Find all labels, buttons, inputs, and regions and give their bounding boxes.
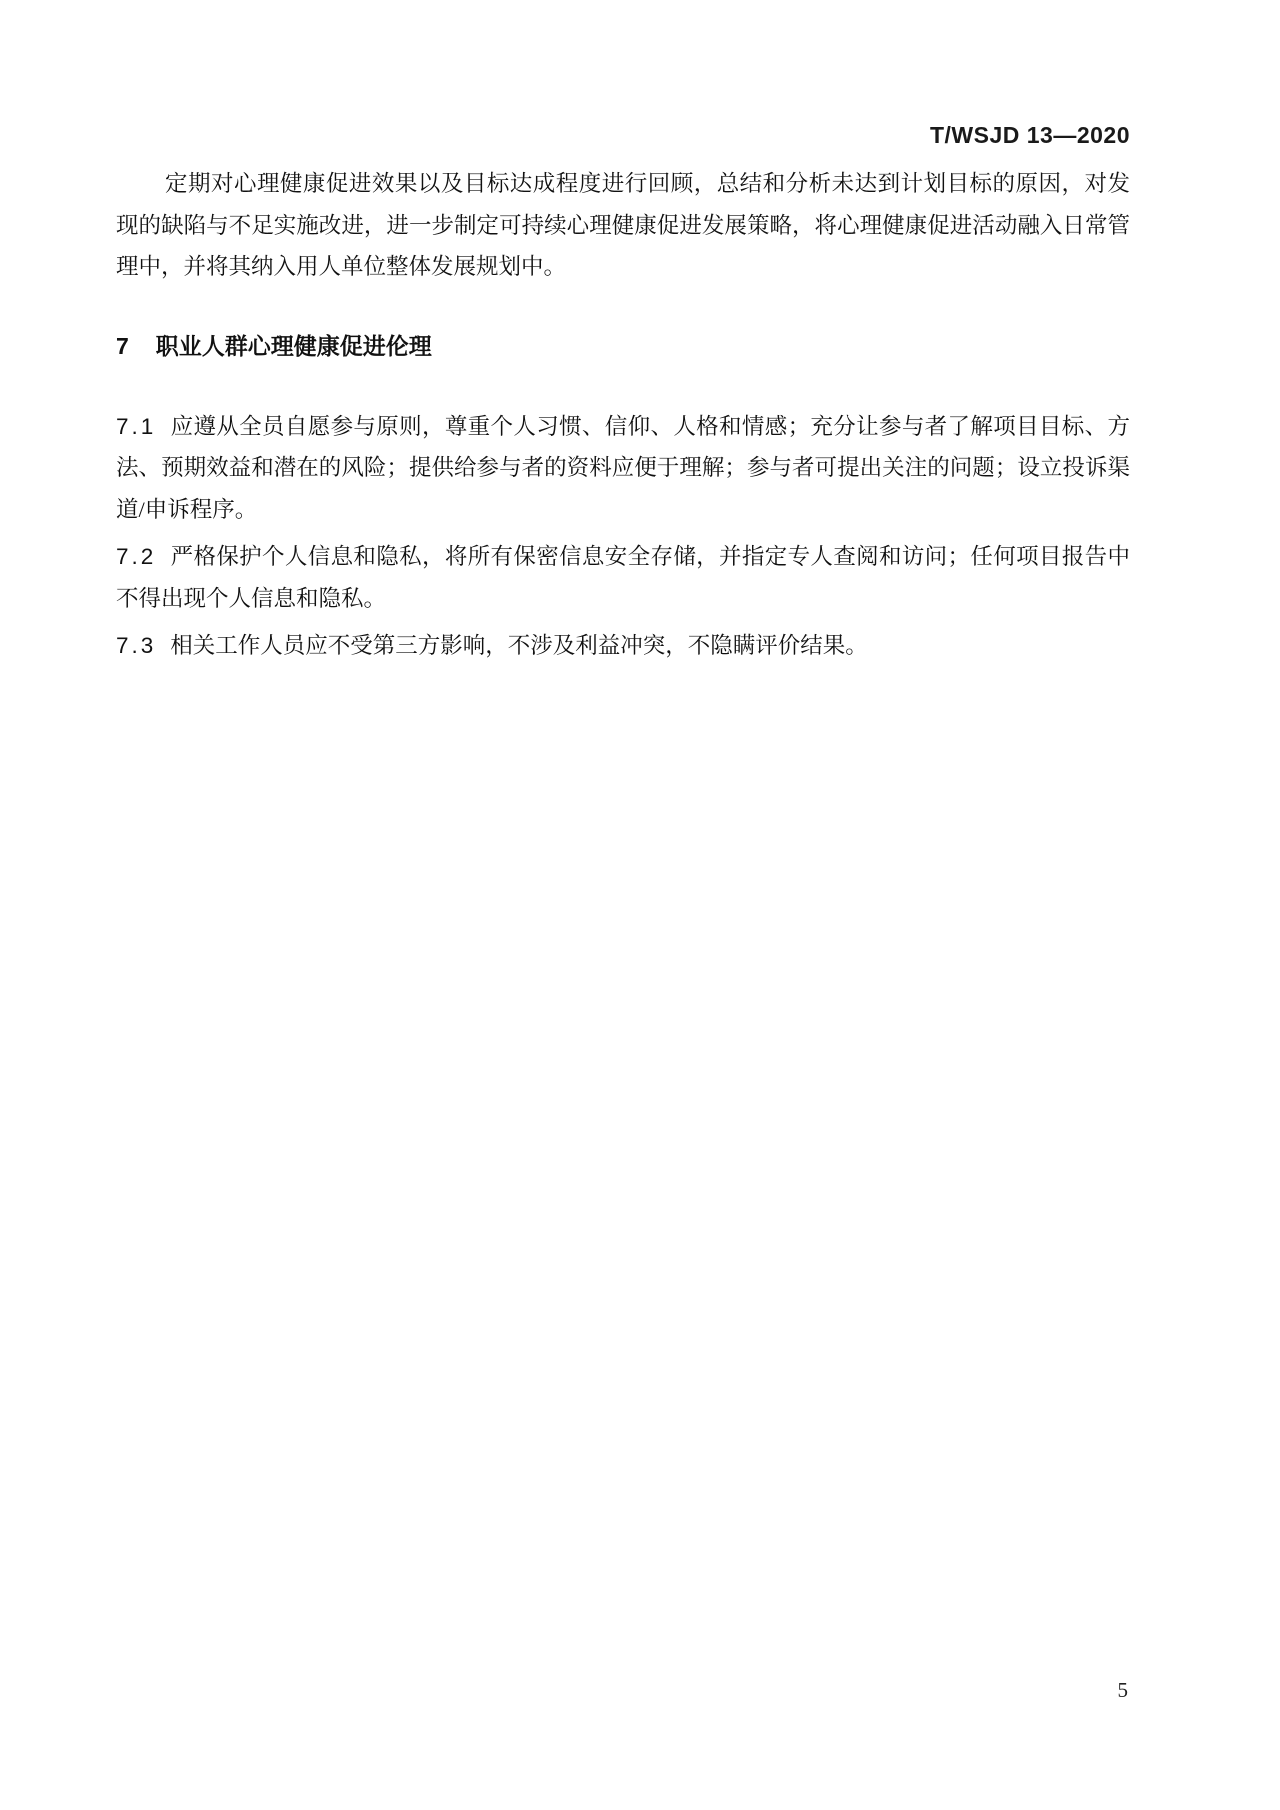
standard-code-header: T/WSJD 13—2020 [0,0,1130,149]
clause-7-1: 7.1应遵从全员自愿参与原则，尊重个人习惯、信仰、人格和情感；充分让参与者了解项… [116,406,1130,531]
clause-7-2: 7.2严格保护个人信息和隐私，将所有保密信息安全存储，并指定专人查阅和访问；任何… [116,536,1130,619]
clause-7-3: 7.3相关工作人员应不受第三方影响，不涉及利益冲突，不隐瞒评价结果。 [116,625,1130,667]
clause-number: 7.1 [116,414,156,439]
document-body: 定期对心理健康促进效果以及目标达成程度进行回顾，总结和分析未达到计划目标的原因，… [116,163,1130,667]
page-number: 5 [1118,1678,1129,1702]
section-number: 7 [116,333,130,359]
clause-number: 7.2 [116,544,156,569]
section-title: 职业人群心理健康促进伦理 [156,333,432,359]
document-page: T/WSJD 13—2020 定期对心理健康促进效果以及目标达成程度进行回顾，总… [0,0,1280,1810]
clause-text: 应遵从全员自愿参与原则，尊重个人习惯、信仰、人格和情感；充分让参与者了解项目目标… [116,414,1130,522]
section-heading: 7职业人群心理健康促进伦理 [116,329,1130,363]
clause-text: 严格保护个人信息和隐私，将所有保密信息安全存储，并指定专人查阅和访问；任何项目报… [116,544,1130,611]
intro-paragraph: 定期对心理健康促进效果以及目标达成程度进行回顾，总结和分析未达到计划目标的原因，… [116,163,1130,288]
clause-number: 7.3 [116,633,156,658]
clause-text: 相关工作人员应不受第三方影响，不涉及利益冲突，不隐瞒评价结果。 [170,633,868,658]
